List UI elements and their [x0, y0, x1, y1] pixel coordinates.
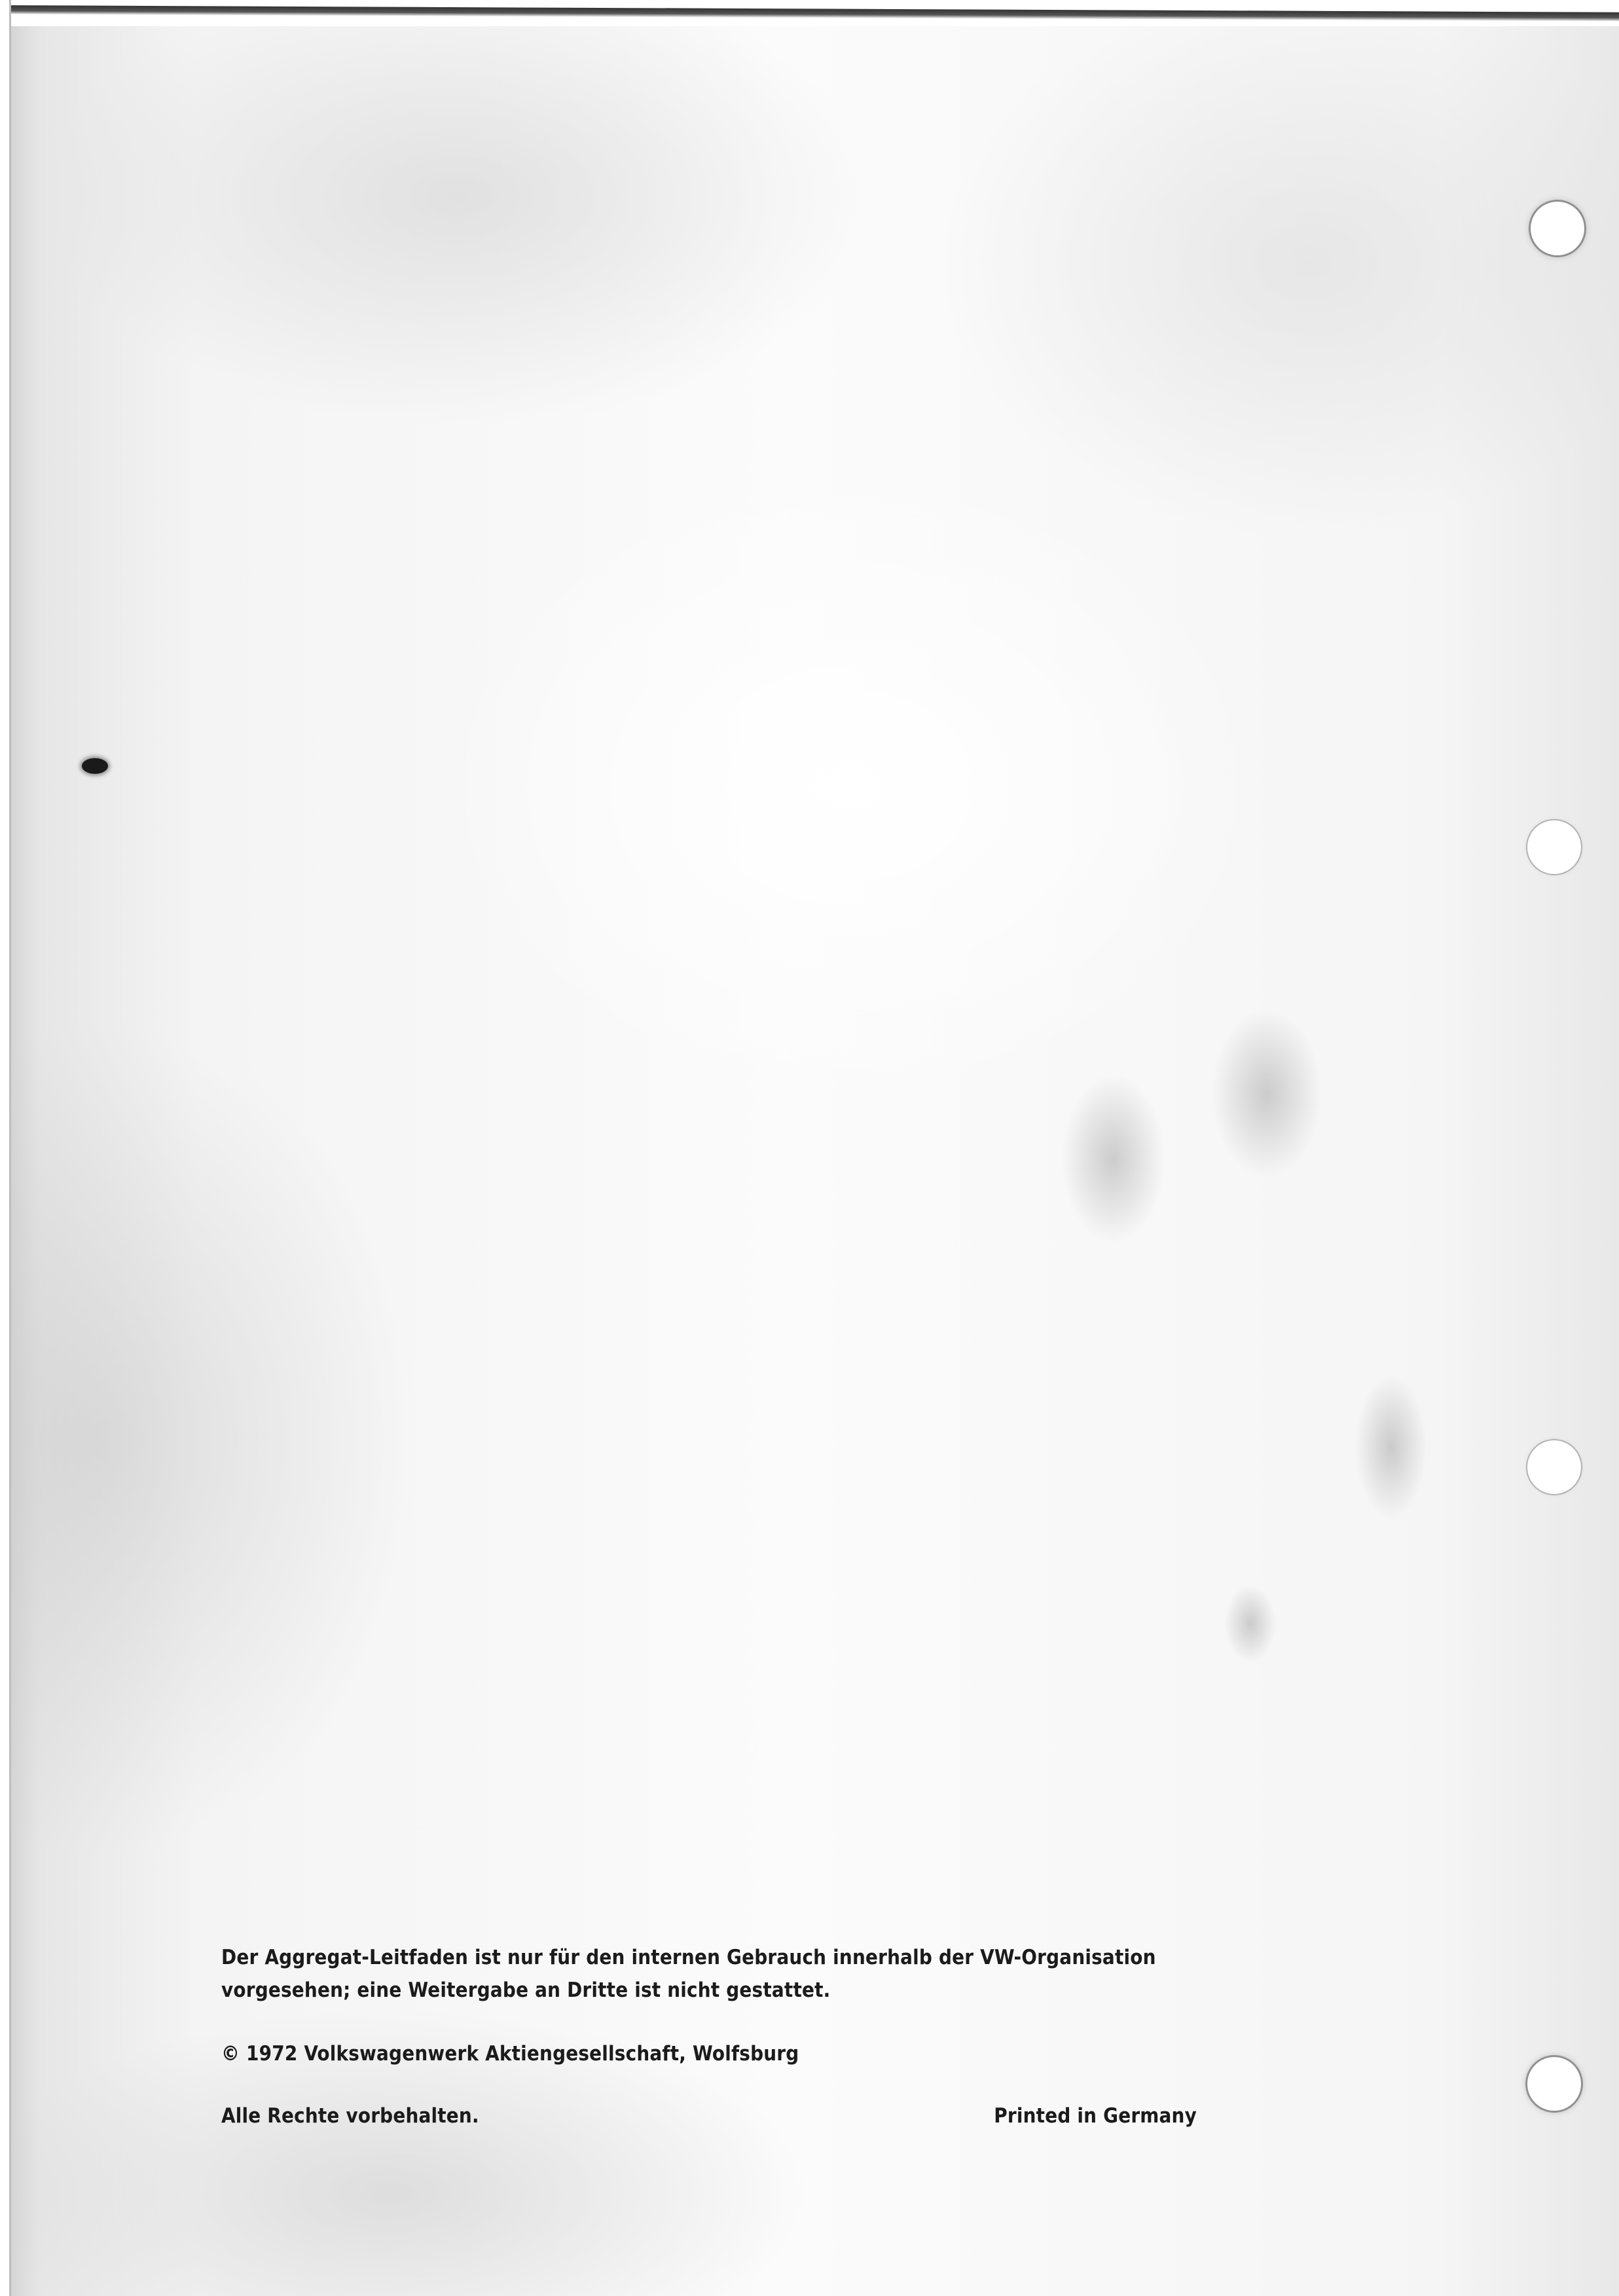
- punch-hole-icon: [1527, 2057, 1581, 2111]
- punch-hole-icon: [1527, 1440, 1581, 1494]
- copyright-line: © 1972 Volkswagenwerk Aktiengesellschaft…: [221, 2037, 1229, 2070]
- smudge: [1224, 1584, 1277, 1663]
- punch-hole-icon: [1527, 820, 1581, 874]
- copyright-text: © 1972 Volkswagenwerk Aktiengesellschaft…: [221, 2037, 1229, 2070]
- smudge: [1061, 1074, 1165, 1244]
- ink-spot-icon: [82, 758, 108, 774]
- smudge: [1355, 1375, 1427, 1519]
- printed-in-text: Printed in Germany: [994, 2100, 1197, 2132]
- scan-top-edge: [0, 0, 1619, 26]
- punch-hole-icon: [1531, 202, 1584, 255]
- usage-notice-line-1: Der Aggregat-Leitfaden ist nur für den i…: [221, 1941, 1229, 1974]
- rights-reserved-text: Alle Rechte vorbehalten.: [221, 2100, 479, 2132]
- usage-notice-line-2: vorgesehen; eine Weitergabe an Dritte is…: [221, 1974, 1229, 2007]
- scan-left-edge: [0, 0, 11, 2296]
- rights-row: Alle Rechte vorbehalten. Printed in Germ…: [221, 2100, 1197, 2132]
- usage-notice: Der Aggregat-Leitfaden ist nur für den i…: [221, 1941, 1229, 2007]
- smudge: [1211, 1008, 1322, 1178]
